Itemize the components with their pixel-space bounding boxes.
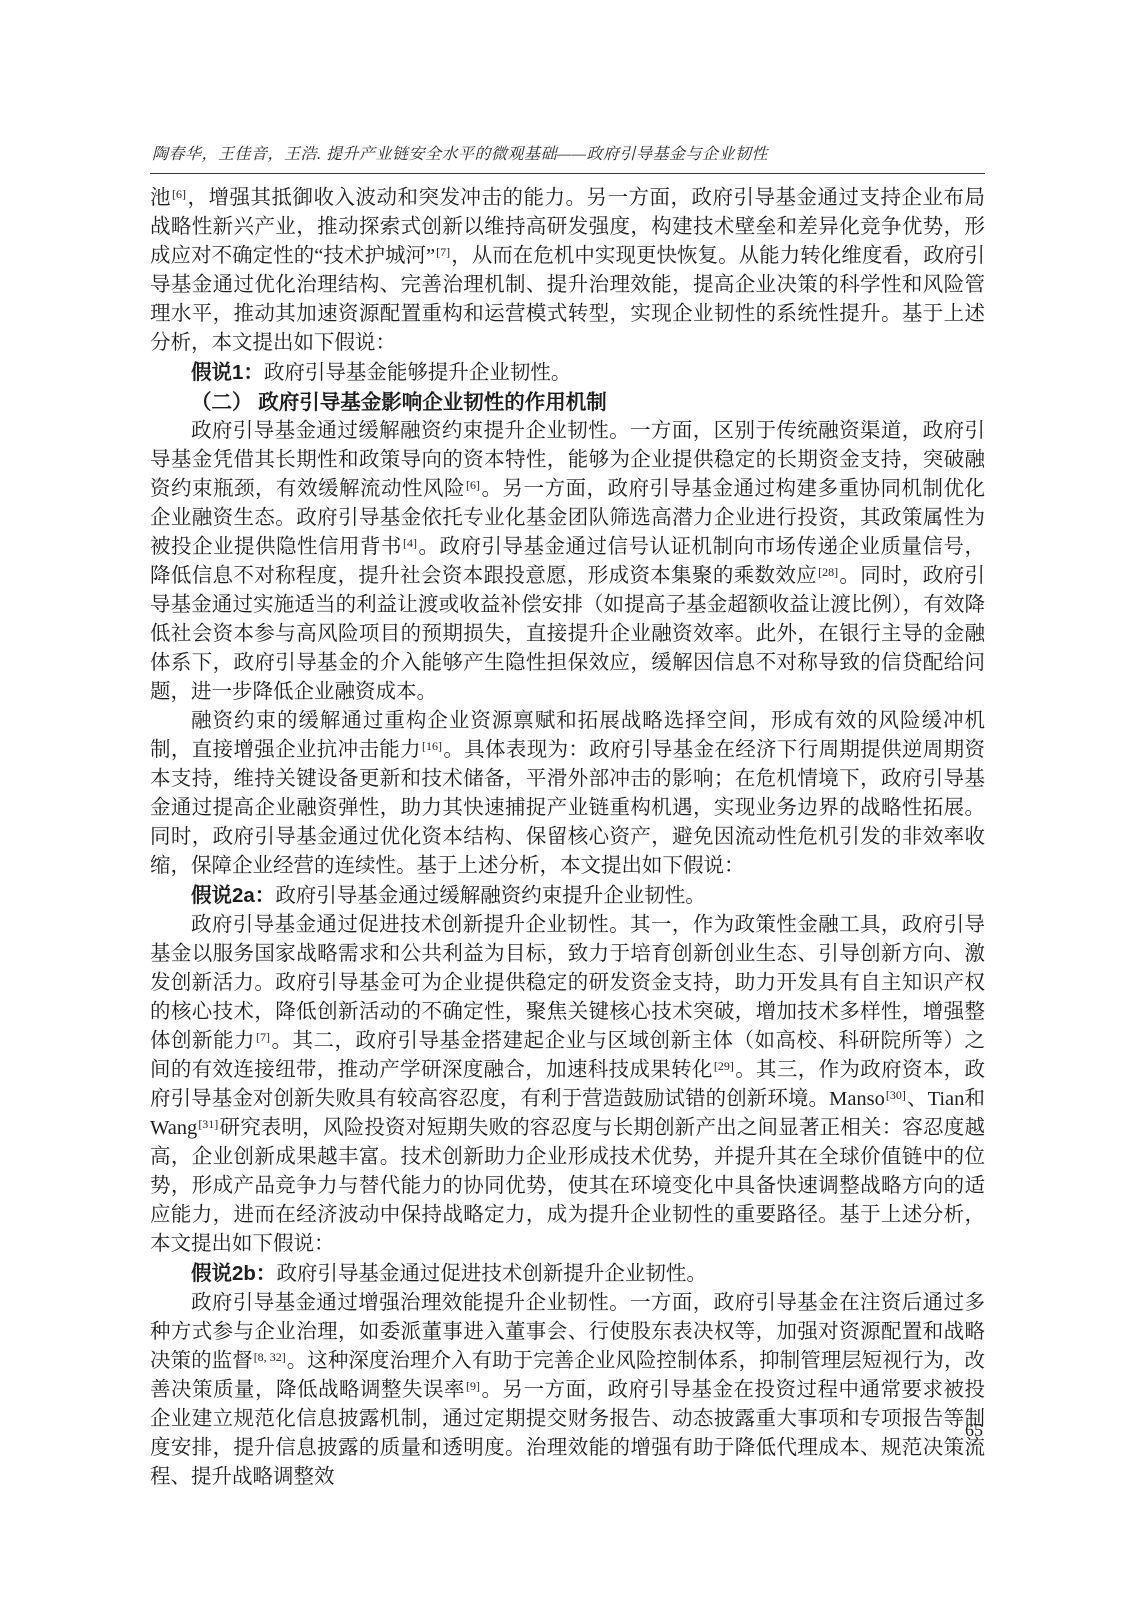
body-paragraph: 政府引导基金通过促进技术创新提升企业韧性。其一，作为政策性金融工具，政府引导基金…	[150, 911, 985, 1259]
text-run: 池	[150, 187, 171, 209]
bold-lead: 假说2a：	[191, 884, 275, 907]
body-paragraph: 融资约束的缓解通过重构企业资源禀赋和拓展战略选择空间，形成有效的风险缓冲机制，直…	[150, 707, 985, 881]
bold-lead: 假说2b：	[191, 1262, 276, 1285]
citation-ref: [6]	[465, 478, 481, 492]
citation-ref: [31]	[197, 1117, 219, 1131]
hypothesis-line: 假说2a：政府引导基金通过缓解融资约束提升企业韧性。	[150, 881, 985, 911]
citation-ref: [29]	[713, 1059, 735, 1073]
citation-ref: [28]	[817, 565, 839, 579]
article-body: 池[6]，增强其抵御收入波动和突发冲击的能力。另一方面，政府引导基金通过支持企业…	[150, 184, 985, 1492]
page-number: 65	[965, 1420, 983, 1441]
citation-ref: [8, 32]	[253, 1350, 287, 1364]
body-paragraph: 池[6]，增强其抵御收入波动和突发冲击的能力。另一方面，政府引导基金通过支持企业…	[150, 184, 985, 358]
running-header: 陶春华，王佳音，王浩. 提升产业链安全水平的微观基础——政府引导基金与企业韧性	[150, 0, 985, 174]
bold-lead: （二） 政府引导基金影响企业韧性的作用机制	[191, 391, 607, 414]
citation-ref: [9]	[465, 1379, 481, 1393]
citation-ref: [6]	[171, 187, 187, 201]
body-paragraph: 政府引导基金通过增强治理效能提升企业韧性。一方面，政府引导基金在注资后通过多种方…	[150, 1289, 985, 1492]
paper-page: { "header": { "text": "陶春华，王佳音，王浩. 提升产业链…	[0, 0, 1140, 1600]
citation-ref: [7]	[435, 245, 451, 259]
text-run: 研究表明，风险投资对短期失败的容忍度与长期创新产出之间显著正相关：容忍度越高，企…	[150, 1117, 985, 1255]
text-run: 政府引导基金通过促进技术创新提升企业韧性。	[276, 1263, 707, 1285]
body-paragraph: 政府引导基金通过缓解融资约束提升企业韧性。一方面，区别于传统融资渠道，政府引导基…	[150, 417, 985, 707]
citation-ref: [7]	[255, 1030, 271, 1044]
citation-ref: [4]	[402, 536, 418, 550]
citation-ref: [30]	[885, 1088, 907, 1102]
bold-lead: 假说1：	[191, 361, 264, 384]
hypothesis-line: 假说1：政府引导基金能够提升企业韧性。	[150, 358, 985, 388]
page-content: 陶春华，王佳音，王浩. 提升产业链安全水平的微观基础——政府引导基金与企业韧性 …	[150, 0, 985, 1492]
citation-ref: [16]	[421, 739, 443, 753]
hypothesis-line: 假说2b：政府引导基金通过促进技术创新提升企业韧性。	[150, 1259, 985, 1289]
text-run: 政府引导基金能够提升企业韧性。	[264, 362, 572, 384]
text-run: 政府引导基金通过缓解融资约束提升企业韧性。	[275, 885, 706, 907]
section-heading: （二） 政府引导基金影响企业韧性的作用机制	[150, 388, 985, 417]
